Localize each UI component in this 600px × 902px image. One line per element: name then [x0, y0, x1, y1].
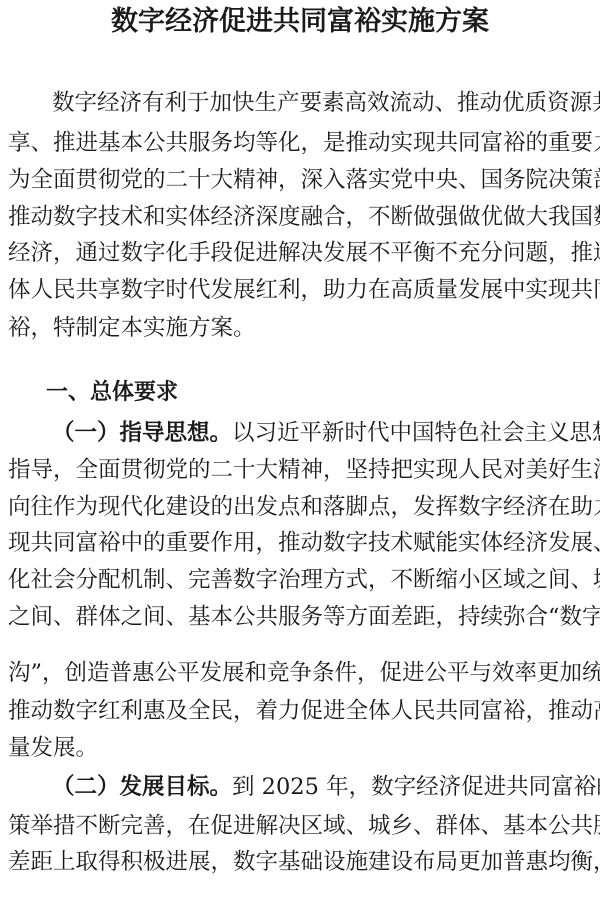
paragraph-line: 体人民共享数字时代发展红利，助力在高质量发展中实现共同富 [8, 275, 592, 305]
paragraph-text: 到 2025 年，数字经济促进共同富裕的政 [232, 774, 600, 800]
paragraph-line: 现共同富裕中的重要作用，推动数字技术赋能实体经济发展、优 [8, 528, 592, 558]
paragraph-line: 向往作为现代化建设的出发点和落脚点，发挥数字经济在助力实 [8, 492, 592, 522]
paragraph-line: （一）指导思想。以习近平新时代中国特色社会主义思想为 [52, 418, 592, 448]
paragraph-line: 享、推进基本公共服务均等化，是推动实现共同富裕的重要力量。 [8, 128, 592, 158]
paragraph-line: 差距上取得积极进展，数字基础设施建设布局更加普惠均衡，面 [8, 847, 592, 877]
paragraph-line: （二）发展目标。到 2025 年，数字经济促进共同富裕的政 [52, 772, 592, 802]
paragraph-line: 经济，通过数字化手段促进解决发展不平衡不充分问题，推进全 [8, 238, 592, 268]
paragraph-line: 推动数字技术和实体经济深度融合，不断做强做优做大我国数字 [8, 202, 592, 232]
section-heading: 一、总体要求 [46, 378, 178, 408]
paragraph-line: 化社会分配机制、完善数字治理方式，不断缩小区域之间、城乡 [8, 565, 592, 595]
paragraph-line: 为全面贯彻党的二十大精神，深入落实党中央、国务院决策部署， [8, 165, 592, 195]
paragraph-line: 裕，特制定本实施方案。 [8, 313, 592, 343]
paragraph-line: 策举措不断完善，在促进解决区域、城乡、群体、基本公共服务 [8, 811, 592, 841]
paragraph-line: 数字经济有利于加快生产要素高效流动、推动优质资源共 [52, 88, 592, 118]
paragraph-line: 沟”，创造普惠公平发展和竞争条件，促进公平与效率更加统一， [8, 658, 592, 688]
document-title: 数字经济促进共同富裕实施方案 [0, 4, 600, 40]
paragraph-line: 量发展。 [8, 733, 592, 763]
subsection-lead: （二）发展目标。 [52, 774, 232, 800]
paragraph-text: 以习近平新时代中国特色社会主义思想为 [232, 420, 600, 446]
paragraph-line: 之间、群体之间、基本公共服务等方面差距，持续弥合“数字鸿 [8, 602, 592, 632]
paragraph-line: 推动数字红利惠及全民，着力促进全体人民共同富裕，推动高质 [8, 696, 592, 726]
paragraph-line: 指导，全面贯彻党的二十大精神，坚持把实现人民对美好生活的 [8, 455, 592, 485]
subsection-lead: （一）指导思想。 [52, 420, 232, 446]
